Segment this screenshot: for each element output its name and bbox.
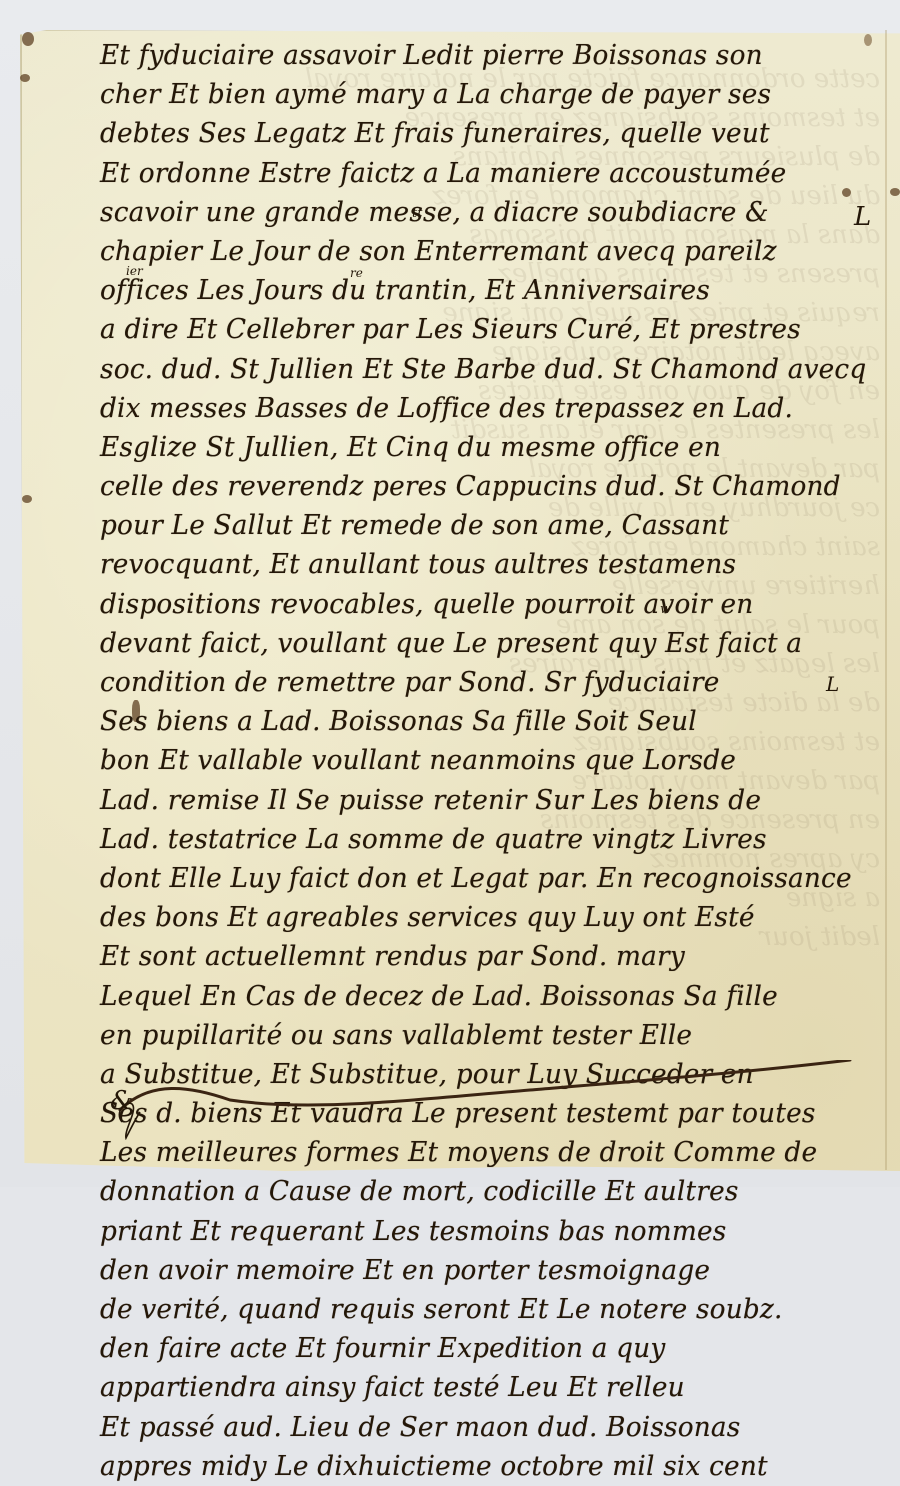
ink-blot-left-lower (22, 495, 32, 503)
manuscript-line: pour Le Sallut Et remede de son ame, Cas… (100, 506, 870, 545)
interlinear-note: re (350, 266, 363, 280)
interlinear-note: tt (412, 206, 422, 221)
manuscript-line: bon Et vallable voullant neanmoins que L… (100, 741, 870, 780)
closing-paraph-flourish (110, 1060, 900, 1140)
manuscript-line: dispositions revocables, quelle pourroit… (100, 585, 870, 624)
manuscript-line: Et sont actuellemnt rendus par Sond. mar… (100, 937, 870, 976)
manuscript-line: offices Les Jours du trantin, Et Anniver… (100, 271, 870, 310)
manuscript-line: Ses biens a Lad. Boissonas Sa fille Soit… (100, 702, 870, 741)
manuscript-line: celle des reverendz peres Cappucins dud.… (100, 467, 870, 506)
manuscript-line: chapier Le Jour de son Enterremant avecq… (100, 232, 870, 271)
manuscript-line: revocquant, Et anullant tous aultres tes… (100, 545, 870, 584)
manuscript-line: debtes Ses Legatz Et frais funeraires, q… (100, 114, 870, 153)
manuscript-line: a dire Et Cellebrer par Les Sieurs Curé,… (100, 310, 870, 349)
manuscript-line: dix messes Basses de Loffice des trepass… (100, 389, 870, 428)
manuscript-line: cher Et bien aymé mary a La charge de pa… (100, 75, 870, 114)
manuscript-line: Lad. testatrice La somme de quatre vingt… (100, 820, 870, 859)
manuscript-text: Et fyduciaire assavoir Ledit pierre Bois… (100, 36, 890, 1187)
manuscript-line: des bons Et agreables services quy Luy o… (100, 898, 870, 937)
ink-stain-top-left (22, 32, 34, 46)
manuscript-line: donnation a Cause de mort, codicille Et … (100, 1172, 870, 1187)
manuscript-line: Lad. remise Il Se puisse retenir Sur Les… (100, 781, 870, 820)
interlinear-note: w (660, 602, 671, 617)
manuscript-line: devant faict, voullant que Le present qu… (100, 624, 870, 663)
manuscript-line: en pupillarité ou sans vallablemt tester… (100, 1016, 870, 1055)
ink-stain-left-edge (20, 74, 30, 82)
manuscript-line: Et fyduciaire assavoir Ledit pierre Bois… (100, 36, 870, 75)
manuscript-line: soc. dud. St Jullien Et Ste Barbe dud. S… (100, 350, 870, 389)
manuscript-line: dont Elle Luy faict don et Legat par. En… (100, 859, 870, 898)
manuscript-line: condition de remettre par Sond. Sr fyduc… (100, 663, 870, 702)
manuscript-line: Lequel En Cas de decez de Lad. Boissonas… (100, 977, 870, 1016)
manuscript-line: scavoir une grande messe, a diacre soubd… (100, 193, 870, 232)
ink-blot-right-edge (890, 188, 900, 196)
interlinear-note: ier (126, 264, 143, 278)
manuscript-line: Esglize St Jullien, Et Cinq du mesme off… (100, 428, 870, 467)
margin-mark: L (854, 202, 871, 232)
margin-mark: L (826, 672, 839, 696)
manuscript-line: Et ordonne Estre faictz a La maniere acc… (100, 154, 870, 193)
closing-initial-mark: & (110, 1086, 133, 1116)
